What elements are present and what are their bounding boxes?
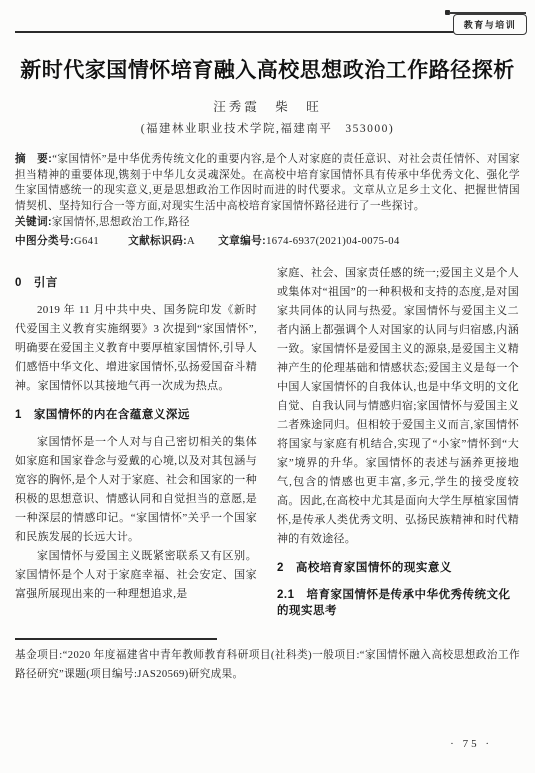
right-column: 家庭、社会、国家责任感的统一;爱国主义是个人或集体对“祖国”的一种积极和支持的态… bbox=[277, 264, 519, 629]
paragraph: 2019 年 11 月中共中央、国务院印发《新时代爱国主义教育实施纲要》3 次提… bbox=[15, 301, 257, 396]
doc-code-pair: 文献标识码:A bbox=[128, 233, 195, 250]
left-column: 0 引言 2019 年 11 月中共中央、国务院印发《新时代爱国主义教育实施纲要… bbox=[15, 264, 257, 629]
section-heading-2: 2 高校培育家国情怀的现实意义 bbox=[277, 559, 519, 575]
footnote-rule bbox=[15, 638, 217, 640]
article-title: 新时代家国情怀培育融入高校思想政治工作路径探析 bbox=[18, 54, 517, 84]
clc-value: G641 bbox=[74, 236, 99, 247]
body-columns: 0 引言 2019 年 11 月中共中央、国务院印发《新时代爱国主义教育实施纲要… bbox=[15, 264, 520, 629]
header-rule bbox=[15, 31, 456, 33]
article-id-value: 1674-6937(2021)04-0075-04 bbox=[266, 236, 400, 247]
column-tag-box: 教育与培训 bbox=[453, 14, 527, 35]
article-affiliation: (福建林业职业技术学院,福建南平 353000) bbox=[0, 120, 535, 136]
keywords-text: 家国情怀,思想政治工作,路径 bbox=[52, 217, 190, 228]
paragraph-continuation: 家庭、社会、国家责任感的统一;爱国主义是个人或集体对“祖国”的一种积极和支持的态… bbox=[277, 264, 519, 549]
keywords-label: 关键词: bbox=[15, 216, 52, 228]
clc-pair: 中图分类号:G641 bbox=[15, 233, 99, 250]
doc-code-label: 文献标识码: bbox=[128, 235, 187, 247]
abstract-block: 摘 要:“家国情怀”是中华优秀传统文化的重要内容,是个人对家庭的责任意识、对社会… bbox=[15, 152, 520, 214]
abstract-label: 摘 要: bbox=[15, 153, 52, 165]
doc-code-value: A bbox=[187, 236, 195, 247]
keywords-line: 关键词:家国情怀,思想政治工作,路径 bbox=[15, 214, 520, 231]
clc-label: 中图分类号: bbox=[15, 235, 74, 247]
section-heading-1: 1 家国情怀的内在含蕴意义深远 bbox=[15, 406, 257, 422]
paragraph: 家国情怀与爱国主义既紧密联系又有区别。家国情怀是个人对于家庭幸福、社会安定、国家… bbox=[15, 547, 257, 604]
paragraph: 家国情怀是一个人对与自己密切相关的集体如家庭和国家眷念与爱戴的心境,以及对其包涵… bbox=[15, 433, 257, 547]
column-tag-label: 教育与培训 bbox=[464, 18, 517, 31]
article-id-label: 文章编号: bbox=[218, 235, 266, 247]
article-id-pair: 文章编号:1674-6937(2021)04-0075-04 bbox=[218, 233, 399, 250]
meta-line: 中图分类号:G641 文献标识码:A 文章编号:1674-6937(2021)0… bbox=[15, 233, 520, 250]
abstract-text: “家国情怀”是中华优秀传统文化的重要内容,是个人对家庭的责任意识、对社会责任情怀… bbox=[15, 154, 520, 212]
fund-project-footnote: 基金项目:“2020 年度福建省中青年教师教育科研项目(社科类)一般项目:“家国… bbox=[15, 646, 520, 684]
journal-page: 教育与培训 新时代家国情怀培育融入高校思想政治工作路径探析 汪秀霞 柴 旺 (福… bbox=[0, 0, 535, 773]
page-number: · 75 · bbox=[450, 738, 492, 750]
article-authors: 汪秀霞 柴 旺 bbox=[0, 97, 535, 115]
section-heading-0: 0 引言 bbox=[15, 274, 257, 290]
subsection-heading-2-1: 2.1 培育家国情怀是传承中华优秀传统文化的现实思考 bbox=[277, 586, 519, 618]
